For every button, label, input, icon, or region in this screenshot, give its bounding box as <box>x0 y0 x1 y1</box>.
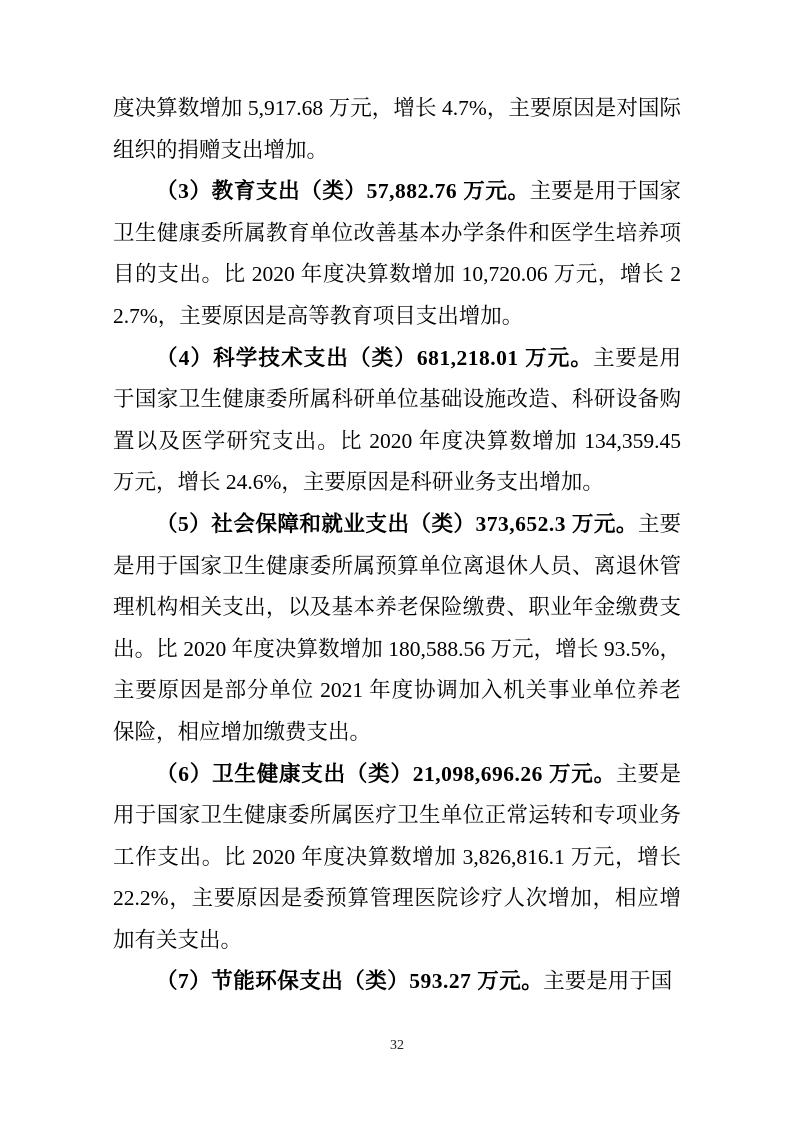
paragraph-science-technology-expenditure: （4）科学技术支出（类）681,218.01 万元。主要是用于国家卫生健康委所属… <box>113 338 681 504</box>
paragraph-text: 主要是用于国家卫生健康委所属医疗卫生单位正常运转和专项业务工作支出。比 2020… <box>113 762 681 952</box>
paragraph-lead: （4）科学技术支出（类）681,218.01 万元。 <box>156 346 593 370</box>
document-page: 度决算数增加 5,917.68 万元，增长 4.7%，主要原因是对国际组织的捐赠… <box>0 0 794 1123</box>
paragraph-lead: （5）社会保障和就业支出（类）373,652.3 万元。 <box>156 512 638 536</box>
paragraph-lead: （3）教育支出（类）57,882.76 万元。 <box>156 179 530 203</box>
paragraph-text: 主要是用于国 <box>543 969 672 993</box>
paragraph-foreign-affairs-continuation: 度决算数增加 5,917.68 万元，增长 4.7%，主要原因是对国际组织的捐赠… <box>113 88 681 171</box>
paragraph-text: 度决算数增加 5,917.68 万元，增长 4.7%，主要原因是对国际组织的捐赠… <box>113 96 681 162</box>
paragraph-education-expenditure: （3）教育支出（类）57,882.76 万元。主要是用于国家卫生健康委所属教育单… <box>113 171 681 337</box>
paragraph-social-security-employment-expenditure: （5）社会保障和就业支出（类）373,652.3 万元。主要是用于国家卫生健康委… <box>113 504 681 754</box>
paragraph-lead: （6）卫生健康支出（类）21,098,696.26 万元。 <box>156 762 616 786</box>
document-body: 度决算数增加 5,917.68 万元，增长 4.7%，主要原因是对国际组织的捐赠… <box>113 88 681 1003</box>
page-number: 32 <box>0 1036 794 1056</box>
paragraph-text: 主要是用于国家卫生健康委所属预算单位离退休人员、离退休管理机构相关支出，以及基本… <box>113 512 681 744</box>
paragraph-lead: （7）节能环保支出（类）593.27 万元。 <box>156 969 543 993</box>
paragraph-energy-conservation-expenditure: （7）节能环保支出（类）593.27 万元。主要是用于国 <box>113 961 681 1003</box>
paragraph-health-expenditure: （6）卫生健康支出（类）21,098,696.26 万元。主要是用于国家卫生健康… <box>113 754 681 962</box>
